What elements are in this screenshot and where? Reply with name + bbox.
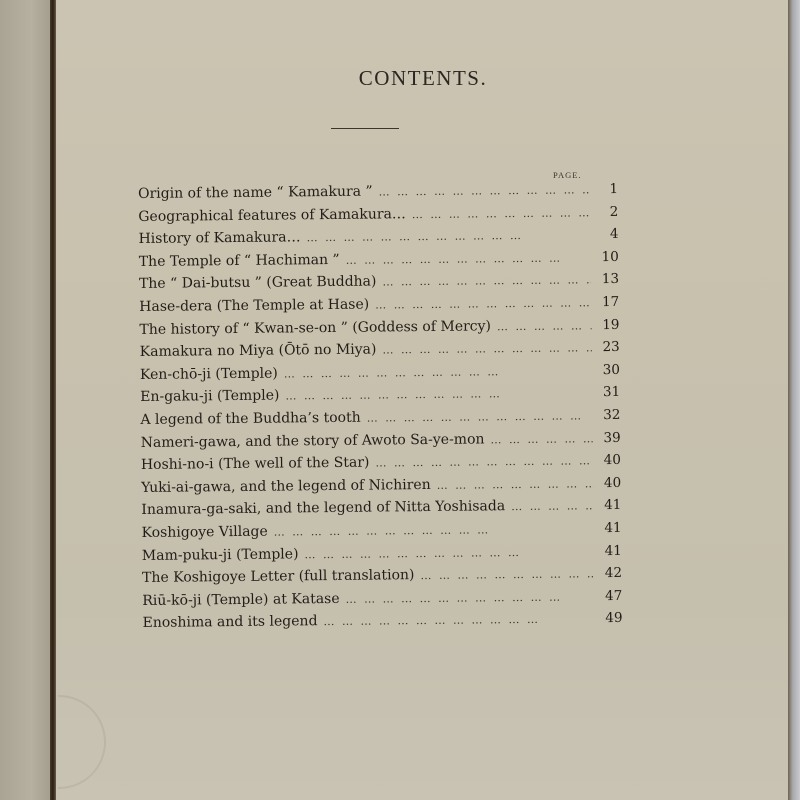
toc-entry-title: Enoshima and its legend xyxy=(142,613,317,631)
toc-entry-title: Riū-kō-ji (Temple) at Katase xyxy=(142,591,339,609)
toc-entry-page-number: 39 xyxy=(593,429,621,445)
dot-leader: … … … … … … … … … … … … xyxy=(491,319,592,333)
page-column-label: PAGE. xyxy=(553,170,582,180)
toc-entry-title: Yuki-ai-gawa, and the legend of Nichiren xyxy=(141,477,431,496)
dot-leader: … … … … … … … … … … … … xyxy=(361,409,593,424)
dot-leader: … … … … … … … … … … … … xyxy=(484,432,592,446)
dot-leader: … … … … … … … … … … … … xyxy=(431,477,594,492)
toc-entry-page-number: 4 xyxy=(590,226,618,242)
toc-entry-title: Nameri-gawa, and the story of Awoto Sa-y… xyxy=(141,431,485,451)
toc-entry-page-number: 41 xyxy=(594,542,622,558)
toc-entry-page-number: 47 xyxy=(594,588,622,604)
toc-entry-title: The Koshigoye Letter (full translation) xyxy=(142,567,414,586)
dot-leader: … … … … … … … … … … … … xyxy=(369,296,591,311)
toc-entry-title: The history of “ Kwan-se-on ” (Goddess o… xyxy=(139,318,491,338)
toc-entry-page-number: 13 xyxy=(591,271,619,287)
toc-entry-title: Koshigoye Village xyxy=(142,524,268,541)
contents-heading: CONTENTS. xyxy=(56,66,790,91)
toc-entry-page-number: 32 xyxy=(592,407,620,423)
toc-entry-page-number: 30 xyxy=(592,362,620,378)
toc-entry-page-number: 41 xyxy=(594,520,622,536)
toc-entry-title: Hase-dera (The Temple at Hase) xyxy=(139,297,369,315)
toc-entry-page-number: 23 xyxy=(592,339,620,355)
toc-entry-page-number: 42 xyxy=(594,565,622,581)
toc-entry-title: Inamura-ga-saki, and the legend of Nitta… xyxy=(141,498,505,518)
toc-entry-page-number: 19 xyxy=(591,317,619,333)
toc-entry-page-number: 41 xyxy=(593,497,621,513)
toc-entry-page-number: 10 xyxy=(591,249,619,265)
dot-leader: … … … … … … … … … … … … xyxy=(505,500,593,514)
toc-entry-page-number: 49 xyxy=(594,610,622,626)
dot-leader: … … … … … … … … … … … … xyxy=(376,341,591,356)
table-of-contents: Origin of the name “ Kamakura ”… … … … …… xyxy=(138,181,623,638)
toc-entry-title: Mam-puku-ji (Temple) xyxy=(142,546,299,564)
dot-leader: … … … … … … … … … … … … xyxy=(414,567,594,582)
toc-entry-title: A legend of the Buddha’s tooth xyxy=(140,410,360,428)
toc-entry-title: History of Kamakura… xyxy=(138,229,300,247)
toc-entry-page-number: 2 xyxy=(590,204,618,220)
toc-entry-page-number: 1 xyxy=(590,181,618,197)
toc-entry-title: Ken-chō-ji (Temple) xyxy=(140,365,278,382)
dot-leader: … … … … … … … … … … … … xyxy=(340,251,591,267)
toc-entry-title: The Temple of “ Hachiman ” xyxy=(139,252,340,270)
dot-leader: … … … … … … … … … … … … xyxy=(406,206,591,221)
dot-leader: … … … … … … … … … … … … xyxy=(373,183,591,198)
page-right-edge xyxy=(788,0,800,800)
toc-entry-title: Geographical features of Kamakura… xyxy=(138,206,406,225)
toc-entry-page-number: 31 xyxy=(592,384,620,400)
facing-page-edge xyxy=(0,0,52,800)
toc-entry-title: Hoshi-no-i (The well of the Star) xyxy=(141,455,370,473)
dot-leader: … … … … … … … … … … … … xyxy=(279,387,592,403)
toc-entry-title: The “ Dai-butsu ” (Great Buddha) xyxy=(139,274,377,292)
toc-entry-page-number: 17 xyxy=(591,294,619,310)
dot-leader: … … … … … … … … … … … … xyxy=(317,613,594,629)
dot-leader: … … … … … … … … … … … … xyxy=(278,364,592,380)
toc-entry-title: Kamakura no Miya (Ōtō no Miya) xyxy=(140,342,377,360)
toc-entry-title: En-gaku-ji (Temple) xyxy=(140,388,279,405)
dot-leader: … … … … … … … … … … … … xyxy=(298,545,593,561)
toc-entry-page-number: 40 xyxy=(593,452,621,468)
book-page: CONTENTS. PAGE. Origin of the name “ Kam… xyxy=(56,0,790,800)
heading-rule xyxy=(331,128,399,129)
dot-leader: … … … … … … … … … … … … xyxy=(369,454,593,469)
toc-entry-title: Origin of the name “ Kamakura ” xyxy=(138,184,373,202)
dot-leader: … … … … … … … … … … … … xyxy=(268,522,594,538)
toc-entry-page-number: 40 xyxy=(593,475,621,491)
dot-leader: … … … … … … … … … … … … xyxy=(376,274,591,289)
toc-entry: Enoshima and its legend… … … … … … … … …… xyxy=(142,610,622,638)
dot-leader: … … … … … … … … … … … … xyxy=(301,228,591,244)
dot-leader: … … … … … … … … … … … … xyxy=(340,590,595,606)
